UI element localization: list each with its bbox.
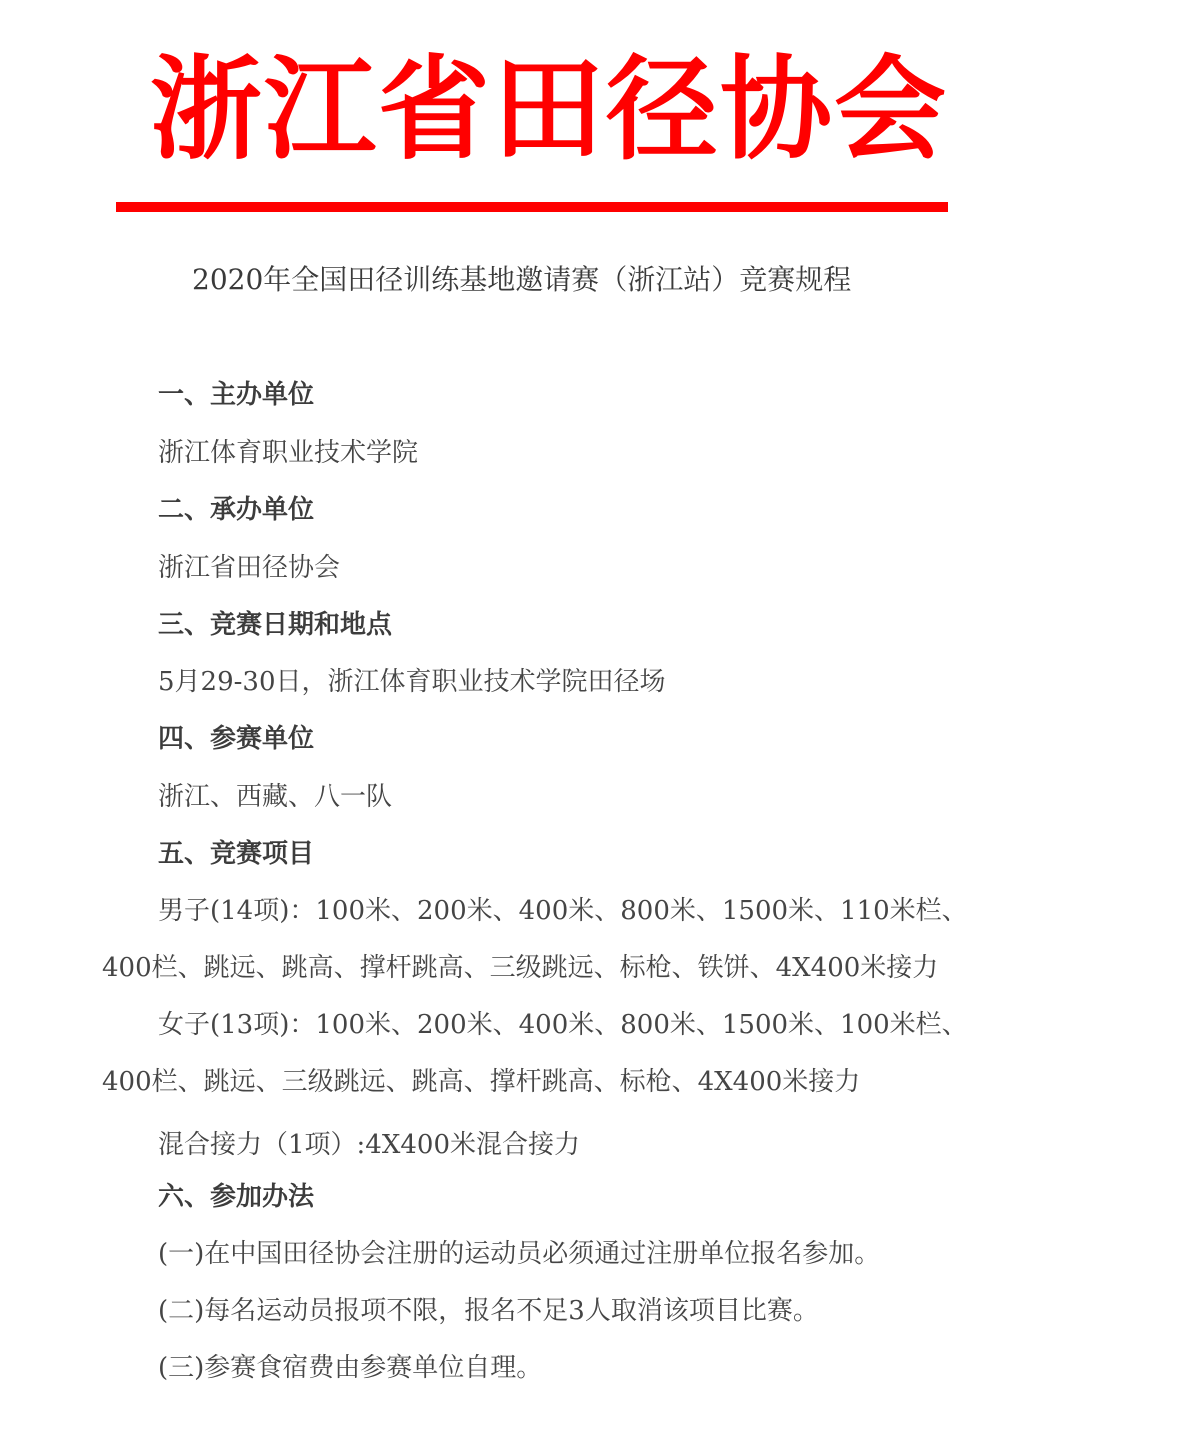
section-text-participants: 浙江、西藏、八一队 <box>158 780 392 814</box>
events-women-line-1: 女子(13项)：100米、200米、400米、800米、1500米、100米栏、 <box>158 1008 968 1042</box>
events-men-line-1: 男子(14项)：100米、200米、400米、800米、1500米、110米栏、 <box>158 894 968 928</box>
section-heading-organizer: 一、主办单位 <box>158 378 314 412</box>
section-heading-host: 二、承办单位 <box>158 493 314 527</box>
section-heading-participation: 六、参加办法 <box>158 1180 314 1214</box>
participation-rule-2: (二)每名运动员报项不限，报名不足3人取消该项目比赛。 <box>158 1294 819 1328</box>
participation-rule-1: (一)在中国田径协会注册的运动员必须通过注册单位报名参加。 <box>158 1237 880 1271</box>
events-women-line-2: 400栏、跳远、三级跳远、跳高、撑杆跳高、标枪、4X400米接力 <box>102 1065 860 1099</box>
section-heading-participants: 四、参赛单位 <box>158 722 314 756</box>
participation-rule-3: (三)参赛食宿费由参赛单位自理。 <box>158 1351 542 1385</box>
events-mixed-relay: 混合接力（1项）:4X400米混合接力 <box>158 1128 580 1162</box>
section-text-date-venue: 5月29-30日，浙江体育职业技术学院田径场 <box>158 665 666 699</box>
letterhead-divider <box>116 202 948 212</box>
section-heading-events: 五、竞赛项目 <box>158 837 314 871</box>
section-heading-date-venue: 三、竞赛日期和地点 <box>158 608 392 642</box>
events-men-line-2: 400栏、跳远、跳高、撑杆跳高、三级跳远、标枪、铁饼、4X400米接力 <box>102 951 938 985</box>
letterhead-org-name: 浙江省田径协会 <box>150 40 930 180</box>
section-text-organizer: 浙江体育职业技术学院 <box>158 436 418 470</box>
document-title: 2020年全国田径训练基地邀请赛（浙江站）竞赛规程 <box>192 262 851 298</box>
section-text-host: 浙江省田径协会 <box>158 551 340 585</box>
